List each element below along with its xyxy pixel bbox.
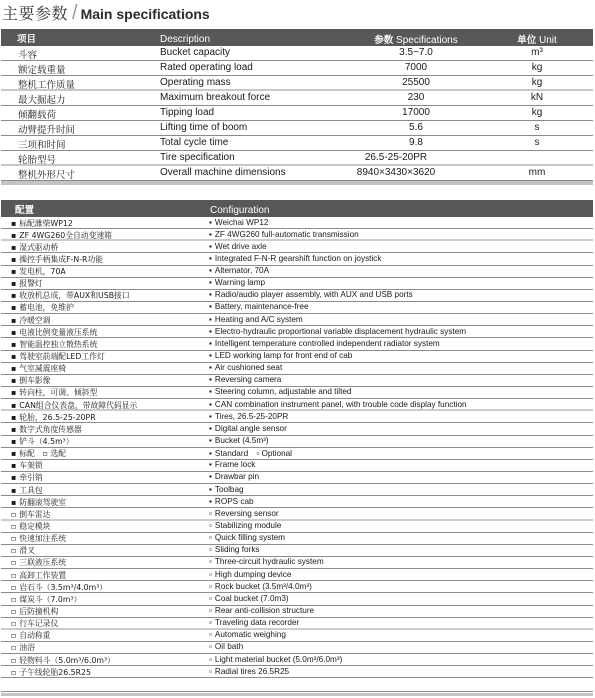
header-config-en: Configuration — [210, 205, 269, 216]
spec-item: 斗容 — [18, 47, 37, 61]
config-item-zh: ▪驾驶室前端配LED工作灯 — [11, 351, 105, 362]
optional-marker-icon: ▫ — [11, 643, 16, 652]
standard-marker-icon: ▪ — [11, 401, 16, 410]
config-item-zh: ▪铲斗（4.5m³） — [11, 436, 74, 447]
standard-marker-icon: ▪ — [11, 279, 16, 288]
standard-marker-icon: ▪ — [11, 461, 16, 470]
spec-unit: kg — [481, 77, 593, 88]
config-item-en: ▪ROPS cab — [209, 497, 254, 506]
title-chinese: 主要参数 — [2, 1, 68, 24]
config-table-bottom-rule — [1, 693, 593, 696]
config-item-zh: ▪标配潍柴WP12 — [11, 218, 73, 229]
spec-description: Tipping load — [160, 107, 214, 118]
optional-marker-icon: ▫ — [11, 583, 16, 592]
config-item-en: ▪Frame lock — [209, 460, 255, 469]
optional-marker-icon: ▫ — [209, 594, 212, 603]
config-item-en: ▫Quick filling system — [209, 533, 285, 542]
optional-marker-icon: ▫ — [11, 631, 16, 640]
config-item-en: ▫Rear anti-collision structure — [209, 606, 314, 615]
page-title: 主要参数 / Main specifications — [2, 1, 210, 25]
optional-marker-icon: ▫ — [209, 618, 212, 627]
config-row: ▪标配 ▫ 选配▪Standard ▫ Optional — [1, 448, 593, 460]
optional-marker-icon: ▫ — [11, 510, 16, 519]
config-item-en: ▪Bucket (4.5m³) — [209, 436, 269, 445]
standard-marker-icon: ▪ — [11, 340, 16, 349]
config-item-en: ▫Automatic weighing — [209, 630, 286, 639]
config-item-en: ▪Air cushioned seat — [209, 363, 282, 372]
config-item-en: ▪Battery, maintenance-free — [209, 302, 309, 311]
spec-item: 最大掘起力 — [18, 92, 66, 106]
configuration-table: 配置 Configuration ▪标配潍柴WP12▪Weichai WP12▪… — [1, 200, 593, 696]
config-item-en: ▪ZF 4WG260 full-automatic transmission — [209, 230, 359, 239]
standard-marker-icon: ▪ — [11, 219, 16, 228]
config-table-empty-row — [1, 678, 593, 692]
config-item-zh: ▫高卸工作装置 — [11, 570, 66, 581]
config-item-en: ▫Three-circuit hydraulic system — [209, 557, 324, 566]
standard-marker-icon: ▪ — [11, 388, 16, 397]
optional-marker-icon: ▫ — [11, 546, 16, 555]
header-description: Description — [160, 34, 210, 45]
config-item-en: ▪Tires, 26.5-25-20PR — [209, 412, 288, 421]
config-item-zh: ▫快速加注系统 — [11, 533, 66, 544]
config-item-en: ▫Rock bucket (3.5m³/4.0m³) — [209, 582, 312, 591]
optional-marker-icon: ▫ — [209, 570, 212, 579]
standard-marker-icon: ▪ — [209, 412, 212, 421]
standard-marker-icon: ▪ — [11, 376, 16, 385]
config-item-en: ▫Reversing sensor — [209, 509, 279, 518]
config-item-zh: ▪报警灯 — [11, 278, 43, 289]
spec-row: 斗容Bucket capacity3.5~7.0m³ — [1, 46, 593, 61]
optional-marker-icon: ▫ — [209, 606, 212, 615]
config-row: ▪智能温控独立散热系统▪Intelligent temperature cont… — [1, 338, 593, 350]
config-item-en: ▫Radial tires 26.5R25 — [209, 667, 289, 676]
spec-unit: s — [481, 122, 593, 133]
config-row: ▫快速加注系统▫Quick filling system — [1, 533, 593, 545]
standard-marker-icon: ▪ — [11, 449, 16, 458]
standard-marker-icon: ▪ — [11, 231, 16, 240]
spec-row: 整机外形尺寸Overall machine dimensions8940×343… — [1, 166, 593, 181]
standard-marker-icon: ▪ — [209, 472, 212, 481]
spec-row: 轮胎型号Tire specification26.5-25-20PR — [1, 151, 593, 166]
optional-marker-icon: ▫ — [11, 668, 16, 677]
config-item-zh: ▪电液比例变量液压系统 — [11, 327, 97, 338]
config-item-zh: ▪车架锁 — [11, 460, 43, 471]
config-item-en: ▪Reversing camera — [209, 375, 281, 384]
optional-marker-icon: ▫ — [11, 607, 16, 616]
config-row: ▪操控手柄集成F-N-R功能▪Integrated F-N-R gearshif… — [1, 253, 593, 265]
optional-marker-icon: ▫ — [209, 642, 212, 651]
config-item-en: ▪Weichai WP12 — [209, 218, 268, 227]
config-row: ▫子午线轮胎26.5R25▫Radial tires 26.5R25 — [1, 666, 593, 678]
config-item-en: ▪Warning lamp — [209, 278, 265, 287]
config-row: ▪发电机，70A▪Alternator, 70A — [1, 266, 593, 278]
config-row: ▪铲斗（4.5m³）▪Bucket (4.5m³) — [1, 436, 593, 448]
optional-marker-icon: ▫ — [209, 582, 212, 591]
config-item-en: ▫Sliding forks — [209, 545, 260, 554]
standard-marker-icon: ▪ — [11, 364, 16, 373]
config-item-zh: ▪智能温控独立散热系统 — [11, 339, 97, 350]
config-row: ▫岩石斗（3.5m³/4.0m³）▫Rock bucket (3.5m³/4.0… — [1, 581, 593, 593]
standard-marker-icon: ▪ — [209, 387, 212, 396]
config-item-zh: ▪ZF 4WG260全自动变速箱 — [11, 230, 112, 241]
config-row: ▪轮胎，26.5-25-20PR▪Tires, 26.5-25-20PR — [1, 411, 593, 423]
config-item-zh: ▪数字式角度传感器 — [11, 424, 82, 435]
spec-description: Operating mass — [160, 77, 231, 88]
config-item-en: ▪Integrated F-N-R gearshift function on … — [209, 254, 381, 263]
standard-marker-icon: ▪ — [209, 363, 212, 372]
spec-table-bottom-rule — [1, 181, 593, 185]
config-row: ▫稳定模块▫Stabilizing module — [1, 521, 593, 533]
spec-value: 8940×3430×3620 — [291, 167, 501, 178]
config-item-zh: ▫后防撞机构 — [11, 606, 58, 617]
config-item-zh: ▪牵引销 — [11, 472, 43, 483]
standard-marker-icon: ▪ — [209, 351, 212, 360]
config-item-zh: ▪标配 ▫ 选配 — [11, 448, 66, 459]
config-row: ▪驾驶室前端配LED工作灯▪LED working lamp for front… — [1, 351, 593, 363]
optional-marker-icon: ▫ — [11, 571, 16, 580]
standard-marker-icon: ▪ — [209, 290, 212, 299]
config-row: ▪牵引销▪Drawbar pin — [1, 472, 593, 484]
standard-marker-icon: ▪ — [11, 425, 16, 434]
standard-marker-icon: ▪ — [209, 302, 212, 311]
optional-marker-icon: ▫ — [209, 521, 212, 530]
standard-marker-icon: ▪ — [209, 327, 212, 336]
config-item-zh: ▫油浴 — [11, 642, 35, 653]
standard-marker-icon: ▪ — [209, 254, 212, 263]
config-row: ▪数字式角度传感器▪Digital angle sensor — [1, 423, 593, 435]
config-table-header: 配置 Configuration — [1, 200, 593, 217]
spec-unit: m³ — [481, 47, 593, 58]
config-item-en: ▫Stabilizing module — [209, 521, 281, 530]
standard-marker-icon: ▪ — [11, 413, 16, 422]
standard-marker-icon: ▪ — [209, 315, 212, 324]
standard-marker-icon: ▪ — [209, 230, 212, 239]
spec-row: 动臂提升时间Lifting time of boom5.6s — [1, 121, 593, 136]
config-item-zh: ▪倒车影像 — [11, 375, 50, 386]
standard-marker-icon: ▪ — [11, 303, 16, 312]
config-item-zh: ▫三联液压系统 — [11, 557, 66, 568]
standard-marker-icon: ▪ — [209, 278, 212, 287]
spec-description: Maximum breakout force — [160, 92, 270, 103]
standard-marker-icon: ▪ — [209, 497, 212, 506]
config-row: ▪蓄电池，免维护▪Battery, maintenance-free — [1, 302, 593, 314]
standard-marker-icon: ▪ — [209, 339, 212, 348]
spec-row: 整机工作质量Operating mass25500kg — [1, 76, 593, 91]
spec-description: Total cycle time — [160, 137, 228, 148]
spec-row: 最大掘起力Maximum breakout force230kN — [1, 91, 593, 106]
config-row: ▪冷暖空调▪Heating and A/C system — [1, 314, 593, 326]
config-item-en: ▫Light material bucket (5.0m³/6.0m³) — [209, 655, 342, 664]
standard-marker-icon: ▪ — [209, 266, 212, 275]
standard-marker-icon: ▪ — [11, 352, 16, 361]
config-item-zh: ▫稳定模块 — [11, 521, 50, 532]
config-item-en: ▪Steering column, adjustable and tilted — [209, 387, 351, 396]
config-item-zh: ▪转向柱，可调、倾斜型 — [11, 387, 97, 398]
config-row: ▫后防撞机构▫Rear anti-collision structure — [1, 606, 593, 618]
standard-marker-icon: ▪ — [209, 460, 212, 469]
config-item-zh: ▫行车记录仪 — [11, 618, 58, 629]
standard-marker-icon: ▪ — [11, 267, 16, 276]
spec-item: 三项和时间 — [18, 137, 66, 151]
optional-marker-icon: ▫ — [209, 533, 212, 542]
optional-marker-icon: ▫ — [11, 595, 16, 604]
config-row: ▫三联液压系统▫Three-circuit hydraulic system — [1, 557, 593, 569]
optional-marker-icon: ▫ — [209, 545, 212, 554]
config-row: ▪ZF 4WG260全自动变速箱▪ZF 4WG260 full-automati… — [1, 229, 593, 241]
optional-marker-icon: ▫ — [209, 667, 212, 676]
spec-row: 倾翻载荷Tipping load17000kg — [1, 106, 593, 121]
spec-description: Lifting time of boom — [160, 122, 247, 133]
config-item-zh: ▪CAN组合仪表盘，带故障代码显示 — [11, 400, 137, 411]
standard-marker-icon: ▪ — [11, 486, 16, 495]
spec-item: 轮胎型号 — [18, 152, 56, 166]
config-item-en: ▪Toolbag — [209, 485, 244, 494]
config-item-zh: ▫滑叉 — [11, 545, 35, 556]
standard-marker-icon: ▪ — [11, 328, 16, 337]
header-item: 项目 — [17, 31, 36, 45]
config-item-zh: ▪工具包 — [11, 485, 43, 496]
spec-row: 额定载重量Rated operating load7000kg — [1, 61, 593, 76]
standard-marker-icon: ▪ — [209, 449, 212, 458]
standard-marker-icon: ▪ — [11, 498, 16, 507]
header-config-zh: 配置 — [15, 202, 34, 216]
main-specifications-table: 项目 Description 参数 Specifications 单位 Unit… — [1, 29, 593, 185]
standard-marker-icon: ▪ — [209, 218, 212, 227]
spec-item: 整机工作质量 — [18, 77, 75, 91]
spec-description: Rated operating load — [160, 62, 253, 73]
config-row: ▪报警灯▪Warning lamp — [1, 278, 593, 290]
optional-marker-icon: ▫ — [209, 509, 212, 518]
optional-marker-icon: ▫ — [11, 534, 16, 543]
spec-table-header: 项目 Description 参数 Specifications 单位 Unit — [1, 29, 593, 46]
standard-marker-icon: ▪ — [11, 255, 16, 264]
config-item-zh: ▫子午线轮胎26.5R25 — [11, 667, 91, 678]
standard-marker-icon: ▪ — [209, 242, 212, 251]
config-item-en: ▪Wet drive axle — [209, 242, 267, 251]
standard-marker-icon: ▪ — [11, 316, 16, 325]
optional-marker-icon: ▫ — [209, 557, 212, 566]
config-item-en: ▪Radio/audio player assembly, with AUX a… — [209, 290, 413, 299]
standard-marker-icon: ▪ — [209, 485, 212, 494]
config-item-en: ▫Coal bucket (7.0m3) — [209, 594, 289, 603]
config-item-zh: ▪湿式驱动桥 — [11, 242, 58, 253]
optional-marker-icon: ▫ — [11, 619, 16, 628]
spec-row: 三项和时间Total cycle time9.8s — [1, 136, 593, 151]
optional-marker-icon: ▫ — [11, 656, 16, 665]
standard-marker-icon: ▪ — [11, 473, 16, 482]
config-item-en: ▪LED working lamp for front end of cab — [209, 351, 352, 360]
config-item-zh: ▪防翻滚驾驶室 — [11, 497, 66, 508]
title-english: Main specifications — [81, 6, 210, 22]
standard-marker-icon: ▪ — [11, 437, 16, 446]
config-row: ▫滑叉▫Sliding forks — [1, 545, 593, 557]
config-item-zh: ▫自动称重 — [11, 630, 50, 641]
config-row: ▫高卸工作装置▫High dumping device — [1, 569, 593, 581]
standard-marker-icon: ▪ — [11, 243, 16, 252]
config-row: ▪气室减震座椅▪Air cushioned seat — [1, 363, 593, 375]
config-row: ▪车架锁▪Frame lock — [1, 460, 593, 472]
config-row: ▪转向柱，可调、倾斜型▪Steering column, adjustable … — [1, 387, 593, 399]
optional-marker-icon: ▫ — [209, 630, 212, 639]
config-row: ▪CAN组合仪表盘，带故障代码显示▪CAN combination instru… — [1, 399, 593, 411]
config-item-en: ▪Standard ▫ Optional — [209, 448, 292, 459]
config-item-zh: ▪收放机总成，带AUX和USB接口 — [11, 290, 130, 301]
header-unit: 单位 Unit — [481, 32, 593, 46]
config-item-en: ▫High dumping device — [209, 570, 291, 579]
spec-unit: s — [481, 137, 593, 148]
config-row: ▫油浴▫Oil bath — [1, 642, 593, 654]
spec-description: Tire specification — [160, 152, 235, 163]
spec-unit: kN — [481, 92, 593, 103]
spec-unit: kg — [481, 62, 593, 73]
config-item-zh: ▪操控手柄集成F-N-R功能 — [11, 254, 103, 265]
config-item-en: ▪Alternator, 70A — [209, 266, 269, 275]
config-row: ▪收放机总成，带AUX和USB接口▪Radio/audio player ass… — [1, 290, 593, 302]
config-item-en: ▪CAN combination instrument panel, with … — [209, 400, 467, 409]
optional-marker-icon: ▫ — [11, 522, 16, 531]
spec-description: Overall machine dimensions — [160, 167, 286, 178]
standard-marker-icon: ▪ — [11, 291, 16, 300]
config-item-zh: ▫煤炭斗（7.0m³） — [11, 594, 81, 605]
config-row: ▪电液比例变量液压系统▪Electro-hydraulic proportion… — [1, 326, 593, 338]
config-row: ▫行车记录仪▫Traveling data recorder — [1, 618, 593, 630]
title-divider: / — [72, 2, 78, 25]
config-row: ▪标配潍柴WP12▪Weichai WP12 — [1, 217, 593, 229]
config-item-zh: ▪蓄电池，免维护 — [11, 302, 74, 313]
config-row: ▪工具包▪Toolbag — [1, 484, 593, 496]
config-item-zh: ▪轮胎，26.5-25-20PR — [11, 412, 96, 423]
spec-item: 动臂提升时间 — [18, 122, 75, 136]
config-row: ▪防翻滚驾驶室▪ROPS cab — [1, 496, 593, 508]
config-item-en: ▪Digital angle sensor — [209, 424, 287, 433]
config-row: ▫自动称重▫Automatic weighing — [1, 630, 593, 642]
config-item-zh: ▪气室减震座椅 — [11, 363, 66, 374]
config-item-en: ▪Drawbar pin — [209, 472, 259, 481]
spec-item: 额定载重量 — [18, 62, 66, 76]
config-row: ▪倒车影像▪Reversing camera — [1, 375, 593, 387]
config-item-zh: ▪发电机，70A — [11, 266, 66, 277]
config-item-en: ▫Oil bath — [209, 642, 243, 651]
standard-marker-icon: ▪ — [209, 436, 212, 445]
spec-value: 26.5-25-20PR — [291, 152, 501, 163]
standard-marker-icon: ▪ — [209, 400, 212, 409]
config-item-zh: ▫岩石斗（3.5m³/4.0m³） — [11, 582, 107, 593]
config-item-zh: ▪冷暖空调 — [11, 315, 50, 326]
config-row: ▪湿式驱动桥▪Wet drive axle — [1, 241, 593, 253]
spec-unit: mm — [481, 167, 593, 178]
spec-item: 整机外形尺寸 — [18, 167, 75, 181]
spec-unit: kg — [481, 107, 593, 118]
optional-marker-icon: ▫ — [11, 558, 16, 567]
config-item-en: ▪Intelligent temperature controlled inde… — [209, 339, 440, 348]
config-item-zh: ▫轻物料斗（5.0m³/6.0m³） — [11, 655, 115, 666]
config-item-en: ▫Traveling data recorder — [209, 618, 299, 627]
config-item-zh: ▫倒车雷达 — [11, 509, 50, 520]
optional-marker-icon: ▫ — [209, 655, 212, 664]
standard-marker-icon: ▪ — [209, 424, 212, 433]
config-row: ▫煤炭斗（7.0m³）▫Coal bucket (7.0m3) — [1, 593, 593, 605]
config-row: ▫轻物料斗（5.0m³/6.0m³）▫Light material bucket… — [1, 654, 593, 666]
config-item-en: ▪Heating and A/C system — [209, 315, 303, 324]
spec-item: 倾翻载荷 — [18, 107, 56, 121]
config-row: ▫倒车雷达▫Reversing sensor — [1, 508, 593, 520]
config-item-en: ▪Electro-hydraulic proportional variable… — [209, 327, 466, 336]
standard-marker-icon: ▪ — [209, 375, 212, 384]
spec-description: Bucket capacity — [160, 47, 230, 58]
